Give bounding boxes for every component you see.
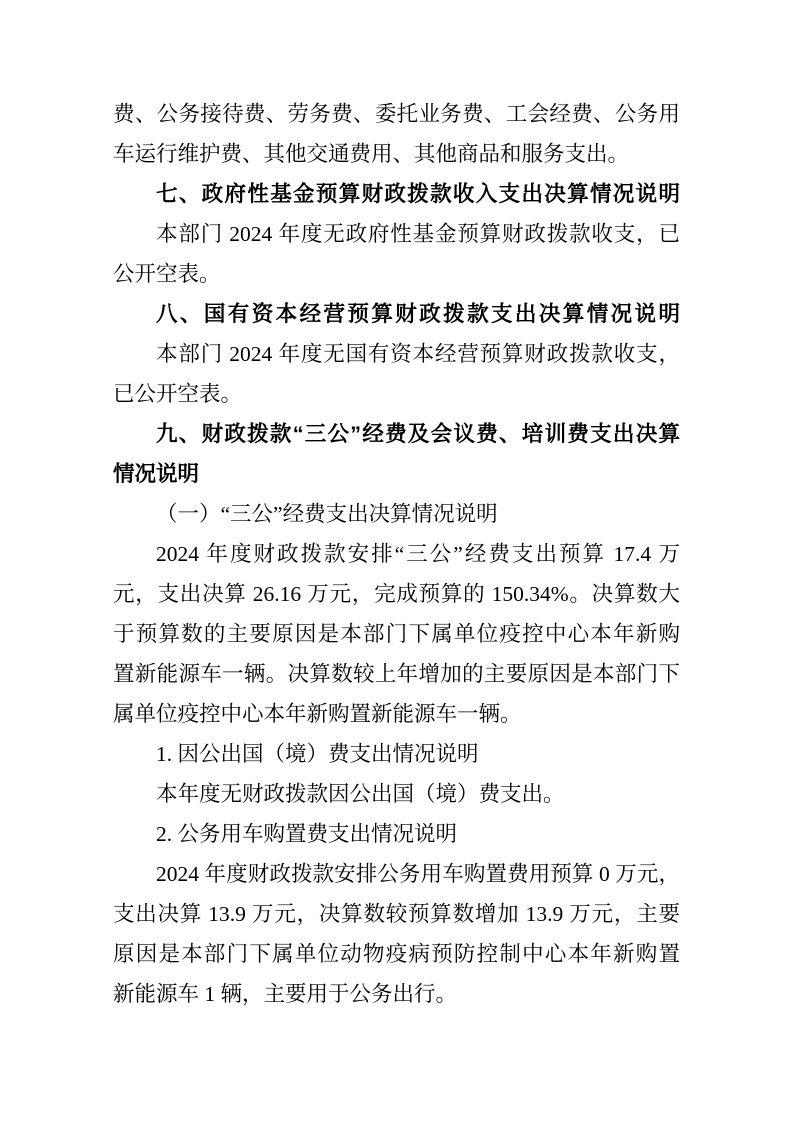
text-line: 置新能源车一辆。决算数较上年增加的主要原因是本部门下 (113, 654, 680, 694)
text-line: 公开空表。 (113, 254, 680, 294)
sub-heading: （一）“三公”经费支出决算情况说明 (113, 494, 680, 534)
text-line: 费、公务接待费、劳务费、委托业务费、工会经费、公务用 (113, 94, 680, 134)
section-heading: 八、国有资本经营预算财政拨款支出决算情况说明 (113, 294, 680, 334)
text-line: 元，支出决算 26.16 万元，完成预算的 150.34%。决算数大 (113, 574, 680, 614)
text-line: 原因是本部门下属单位动物疫病预防控制中心本年新购置 (113, 934, 680, 974)
text-line: 新能源车 1 辆，主要用于公务出行。 (113, 974, 680, 1014)
text-line: 本部门 2024 年度无国有资本经营预算财政拨款收支， (113, 334, 680, 374)
text-line: 2024 年度财政拨款安排公务用车购置费用预算 0 万元， (113, 854, 680, 894)
sub-heading: 2. 公务用车购置费支出情况说明 (113, 814, 680, 854)
text-line: 车运行维护费、其他交通费用、其他商品和服务支出。 (113, 134, 680, 174)
text-line: 本部门 2024 年度无政府性基金预算财政拨款收支，已 (113, 214, 680, 254)
text-line: 2024 年度财政拨款安排“三公”经费支出预算 17.4 万 (113, 534, 680, 574)
sub-heading: 1. 因公出国（境）费支出情况说明 (113, 734, 680, 774)
document-content: 费、公务接待费、劳务费、委托业务费、工会经费、公务用车运行维护费、其他交通费用、… (113, 94, 680, 1014)
text-line: 于预算数的主要原因是本部门下属单位疫控中心本年新购 (113, 614, 680, 654)
section-heading: 九、财政拨款“三公”经费及会议费、培训费支出决算 (113, 414, 680, 454)
document-page: 费、公务接待费、劳务费、委托业务费、工会经费、公务用车运行维护费、其他交通费用、… (0, 0, 793, 1122)
text-line: 本年度无财政拨款因公出国（境）费支出。 (113, 774, 680, 814)
text-line: 已公开空表。 (113, 374, 680, 414)
text-line: 支出决算 13.9 万元，决算数较预算数增加 13.9 万元，主要 (113, 894, 680, 934)
text-line: 属单位疫控中心本年新购置新能源车一辆。 (113, 694, 680, 734)
section-heading: 情况说明 (113, 454, 680, 494)
section-heading: 七、政府性基金预算财政拨款收入支出决算情况说明 (113, 174, 680, 214)
